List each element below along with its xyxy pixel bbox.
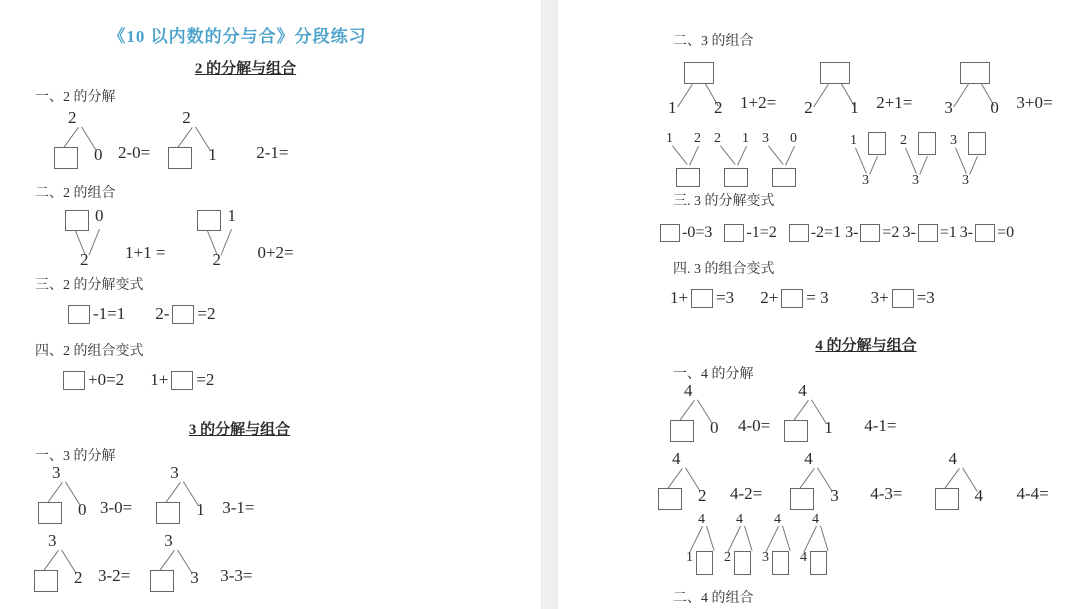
decomposition-diagram: 3 1 [156,467,214,525]
decomposition-diagram: 4 3 [790,453,848,511]
merge-with-box-diagram: 3 3 [950,134,992,192]
merge-with-box-diagram: 1 3 [850,134,892,192]
equation-with-box: 3+ =3 [871,288,935,308]
branch-line-left [800,468,816,489]
equation-with-box: -1=2 [722,224,776,242]
whole-number: 2 [182,108,191,128]
page-gutter [541,0,558,609]
answer-box [918,224,938,242]
whole-number: 2 [212,250,221,270]
whole-number: 2 [68,108,77,128]
part-number: 0 [95,206,104,226]
answer-box [670,420,694,442]
answer-box [772,551,789,575]
decomposition-diagram: 4 0 [670,385,728,443]
equation-pre: 1+ [670,288,688,308]
decomposition-diagram: 3 2 [34,535,92,593]
part-number: 1 [686,550,693,566]
answer-box [65,210,89,231]
part-number: 0 [78,500,87,520]
whole-number: 2 [80,250,89,270]
part-number: 2 [74,568,83,588]
equation-post: -0=3 [682,224,712,242]
equation-pre: 3- [960,224,973,242]
answer-box [789,224,809,242]
equation: 3-2= [98,566,130,586]
branch-line-left [727,526,741,553]
equation-post: -2=1 [811,224,841,242]
split-to-box-diagram: 4 2 [724,515,760,577]
equation-with-box: 1+ =2 [150,370,214,390]
answer-box [696,551,713,575]
branch-line-left [720,145,736,165]
part-number: 2 [714,98,723,118]
part-number: 1 [227,206,236,226]
whole-number: 4 [672,449,681,469]
equation-pre: 2+ [760,288,778,308]
answer-box [781,289,803,308]
branch-line-right [744,526,753,551]
part-label: 一、2 的分解 [35,86,541,106]
equation-with-box: -1=1 [65,304,125,324]
part-number: 2 [804,98,813,118]
branch-line-left [47,482,63,503]
answer-box [172,305,194,324]
equation-with-box: 3- =1 [902,224,956,242]
answer-box [784,420,808,442]
branch-line-right [706,526,715,551]
equation-with-box: 3- =0 [960,224,1014,242]
decomposition-diagram: 2 0 [54,112,112,170]
part-number: 1 [742,131,749,147]
answer-box [820,62,850,84]
equation-post: =2 [882,224,899,242]
page-left: 《10 以内数的分与合》分段练习 2 的分解与组合 一、2 的分解 2 0 2-… [0,0,541,609]
split-to-box-diagram: 4 3 [762,515,798,577]
part-number: 0 [790,131,797,147]
branch-line-left [43,550,59,571]
part-label: 二、3 的组合 [673,30,1079,50]
part-number: 0 [990,98,999,118]
answer-box [892,289,914,308]
decomposition-diagram: 4 2 [658,453,716,511]
answer-box [34,570,58,592]
branch-line-right [969,156,978,175]
part-number: 3 [762,550,769,566]
section-heading-2: 2 的分解与组合 [0,57,541,78]
answer-box [975,224,995,242]
whole-number: 4 [804,449,813,469]
equation: 4-4= [1017,484,1049,504]
split-to-box-diagram: 4 4 [800,515,836,577]
equation-with-box: -0=3 [658,224,712,242]
answer-box [860,224,880,242]
answer-box [868,132,886,155]
answer-box [197,210,221,231]
equation-with-box: +0=2 [60,370,124,390]
branch-line-left [63,127,79,148]
answer-box [960,62,990,84]
equation: 3-1= [222,498,254,518]
branch-line-left [944,468,960,489]
page-right: 二、3 的组合 1 2 1+2= 2 1 2+1= [558,0,1079,609]
composition-diagram: 0 2 [59,208,117,270]
part-number: 1 [196,500,205,520]
branch-line-right [919,156,928,175]
answer-box [684,62,714,84]
merge-to-box-diagram: 2 1 [712,134,758,190]
branch-line-left [689,526,703,553]
branch-line-right [820,526,829,551]
whole-number: 3 [862,173,869,189]
answer-box [772,168,796,187]
answer-box [790,488,814,510]
answer-box [968,132,986,155]
branch-line-left [768,145,784,165]
equation-post: =2 [196,370,214,390]
equation: 2+1= [876,93,912,113]
part-label: 三、2 的分解变式 [35,274,541,294]
equation-pre: 3- [845,224,858,242]
equation-post: = 3 [806,288,828,308]
part-number: 1 [208,145,217,165]
decomposition-diagram: 2 1 [168,112,226,170]
whole-number: 3 [912,173,919,189]
equation: 0+2= [257,243,293,263]
part-number: 3 [830,486,839,506]
whole-number: 3 [52,463,61,483]
part-number: 4 [800,550,807,566]
equation-with-box: 2+ = 3 [760,288,828,308]
equation: 4-3= [870,484,902,504]
equation: 4-0= [738,416,770,436]
answer-box [810,551,827,575]
branch-line-left [794,400,810,421]
branch-line-right [869,156,878,175]
whole-number: 4 [798,381,807,401]
branch-line-left [905,148,917,174]
worksheet-scan: 《10 以内数的分与合》分段练习 2 的分解与组合 一、2 的分解 2 0 2-… [0,0,1079,609]
part-number: 3 [190,568,199,588]
whole-number: 3 [164,531,173,551]
equation-post: =2 [197,304,215,324]
answer-box [171,371,193,390]
answer-box [918,132,936,155]
branch-line-left [672,145,688,165]
split-to-box-diagram: 4 1 [686,515,722,577]
whole-number: 3 [962,173,969,189]
equation: 3+0= [1016,93,1052,113]
branch-line-left [803,526,817,553]
answer-box [734,551,751,575]
branch-line-left [160,550,176,571]
branch-line-right [782,526,791,551]
equation-with-box: 1+ =3 [670,288,734,308]
composition-diagram: 2 1 [798,60,868,120]
part-number: 4 [975,486,984,506]
equation-pre: 2- [155,304,169,324]
merge-to-box-diagram: 1 2 [664,134,710,190]
equation: 1+1 = [125,243,165,263]
equation: 2-1= [256,143,288,163]
branch-line-right [737,146,747,166]
equation-post: -1=2 [746,224,776,242]
whole-number: 4 [949,449,958,469]
equation-post: =3 [716,288,734,308]
whole-number: 3 [48,531,57,551]
branch-line-right [785,146,795,166]
equation-with-box: -2=1 [787,224,841,242]
part-label: 一、3 的分解 [35,445,541,465]
part-number: 1 [850,98,859,118]
merge-to-box-diagram: 3 0 [760,134,806,190]
composition-diagram: 1 2 [662,60,732,120]
part-number: 1 [824,418,833,438]
answer-box [676,168,700,187]
merge-with-box-diagram: 2 3 [900,134,942,192]
part-number: 2 [724,550,731,566]
answer-box [691,289,713,308]
part-label: 二、2 的组合 [35,182,541,202]
whole-number: 4 [684,381,693,401]
equation: 1+2= [740,93,776,113]
part-number: 0 [94,145,103,165]
answer-box [156,502,180,524]
answer-box [935,488,959,510]
branch-line-left [667,468,683,489]
answer-box [168,147,192,169]
answer-box [38,502,62,524]
answer-box [658,488,682,510]
section-heading-4: 4 的分解与组合 [558,334,1079,355]
branch-line-right [89,229,101,255]
whole-number: 3 [170,463,179,483]
part-label: 一、4 的分解 [673,363,1079,383]
part-number: 2 [698,486,707,506]
equation: 4-1= [864,416,896,436]
equation-pre: 3+ [871,288,889,308]
part-number: 2 [694,131,701,147]
equation-post: =3 [917,288,935,308]
equation: 3-0= [100,498,132,518]
section-heading-3: 3 的分解与组合 [0,418,541,439]
part-number: 1 [668,98,677,118]
branch-line-left [855,148,867,174]
answer-box [150,570,174,592]
decomposition-diagram: 3 3 [150,535,208,593]
answer-box [724,224,744,242]
equation: 3-3= [220,566,252,586]
equation-pre: 1+ [150,370,168,390]
part-number: 0 [710,418,719,438]
equation-post: =0 [997,224,1014,242]
branch-line-left [178,127,194,148]
decomposition-diagram: 4 4 [935,453,993,511]
composition-diagram: 3 0 [938,60,1008,120]
branch-line-left [166,482,182,503]
equation: 4-2= [730,484,762,504]
answer-box [63,371,85,390]
equation-with-box: 2- =2 [155,304,215,324]
composition-diagram: 1 2 [191,208,249,270]
part-label: 四. 3 的组合变式 [673,258,1079,278]
branch-line-left [765,526,779,553]
branch-line-right [689,146,699,166]
equation-post: -1=1 [93,304,125,324]
branch-line-left [679,400,695,421]
answer-box [68,305,90,324]
equation-post: +0=2 [88,370,124,390]
equation: 2-0= [118,143,150,163]
branch-line-right [221,229,233,255]
page-title: 《10 以内数的分与合》分段练习 [0,22,541,47]
branch-line-left [954,84,970,107]
branch-line-left [955,148,967,174]
part-label: 三. 3 的分解变式 [673,190,1079,210]
equation-pre: 3- [902,224,915,242]
branch-line-left [677,84,693,107]
equation-post: =1 [940,224,957,242]
decomposition-diagram: 4 1 [784,385,842,443]
part-label: 二、4 的组合 [673,587,1079,607]
part-label: 四、2 的组合变式 [35,340,541,360]
equation-with-box: 3- =2 [845,224,899,242]
answer-box [724,168,748,187]
decomposition-diagram: 3 0 [38,467,96,525]
part-number: 3 [944,98,953,118]
answer-box [54,147,78,169]
answer-box [660,224,680,242]
branch-line-left [813,84,829,107]
